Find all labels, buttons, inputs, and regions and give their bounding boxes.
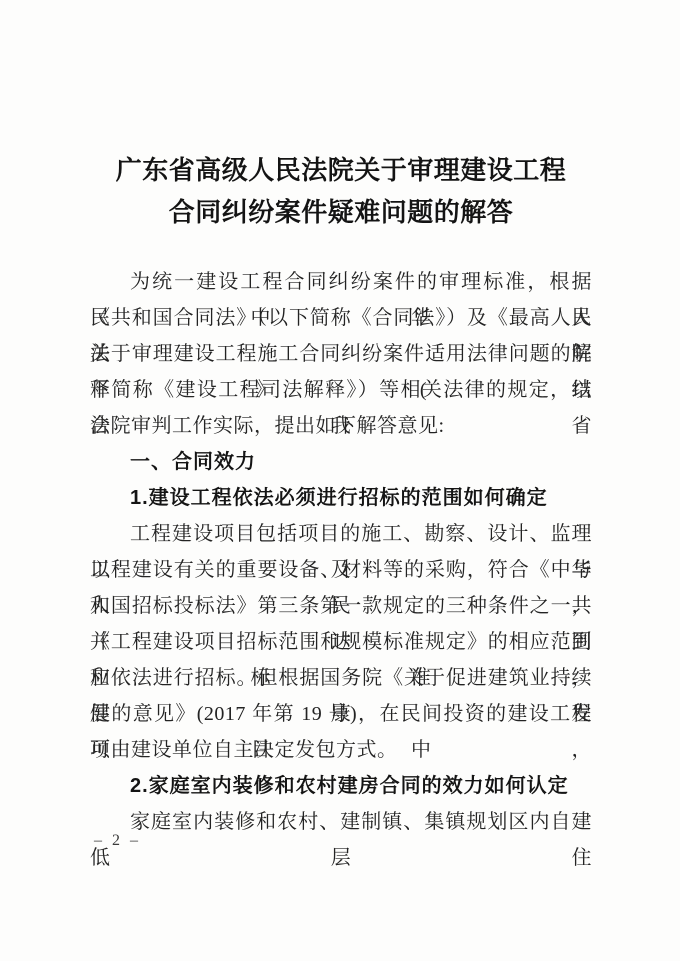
document-content: 广东省高级人民法院关于审理建设工程 合同纠纷案件疑难问题的解答 为统一建设工程合…: [90, 150, 592, 840]
body-line: 展的意见》(2017 年第 19 号)，在民间投资的建设工程项目中，: [90, 696, 592, 732]
body-line: 应依法进行招标。但根据国务院《关于促进建筑业持续健康发: [90, 660, 592, 696]
body-line: 和国招标投标法》第三条第一款规定的三种条件之一，并达到: [90, 588, 592, 624]
question-heading: 2.家庭室内装修和农村建房合同的效力如何认定: [90, 768, 592, 804]
body-line: 《工程建设项目招标范围和规模标准规定》的相应范围和标准，: [90, 624, 592, 660]
document-title-line-1: 广东省高级人民法院关于审理建设工程: [90, 150, 592, 192]
body-line: 民共和国合同法》（以下简称《合同法》）及《最高人民法院: [90, 300, 592, 336]
body-line: 工程建设项目包括项目的施工、勘察、设计、监理以及与: [90, 516, 592, 552]
section-heading: 一、合同效力: [90, 444, 592, 480]
body-line: 为统一建设工程合同纠纷案件的审理标准，根据《中华人: [90, 264, 592, 300]
document-body: 为统一建设工程合同纠纷案件的审理标准，根据《中华人 民共和国合同法》（以下简称《…: [90, 264, 592, 840]
body-line: 工程建设有关的重要设备、材料等的采购，符合《中华人民共: [90, 552, 592, 588]
document-title-line-2: 合同纠纷案件疑难问题的解答: [90, 192, 592, 234]
body-line: 下简称《建设工程司法解释》）等相关法律的规定，结合我省: [90, 372, 592, 408]
body-line: 家庭室内装修和农村、建制镇、集镇规划区内自建低层住: [90, 804, 592, 840]
page-number: – 2 –: [94, 832, 141, 850]
document-title: 广东省高级人民法院关于审理建设工程 合同纠纷案件疑难问题的解答: [90, 150, 592, 234]
document-page: 广东省高级人民法院关于审理建设工程 合同纠纷案件疑难问题的解答 为统一建设工程合…: [0, 0, 680, 961]
question-heading: 1.建设工程依法必须进行招标的范围如何确定: [90, 480, 592, 516]
body-line: 关于审理建设工程施工合同纠纷案件适用法律问题的解释》(以: [90, 336, 592, 372]
